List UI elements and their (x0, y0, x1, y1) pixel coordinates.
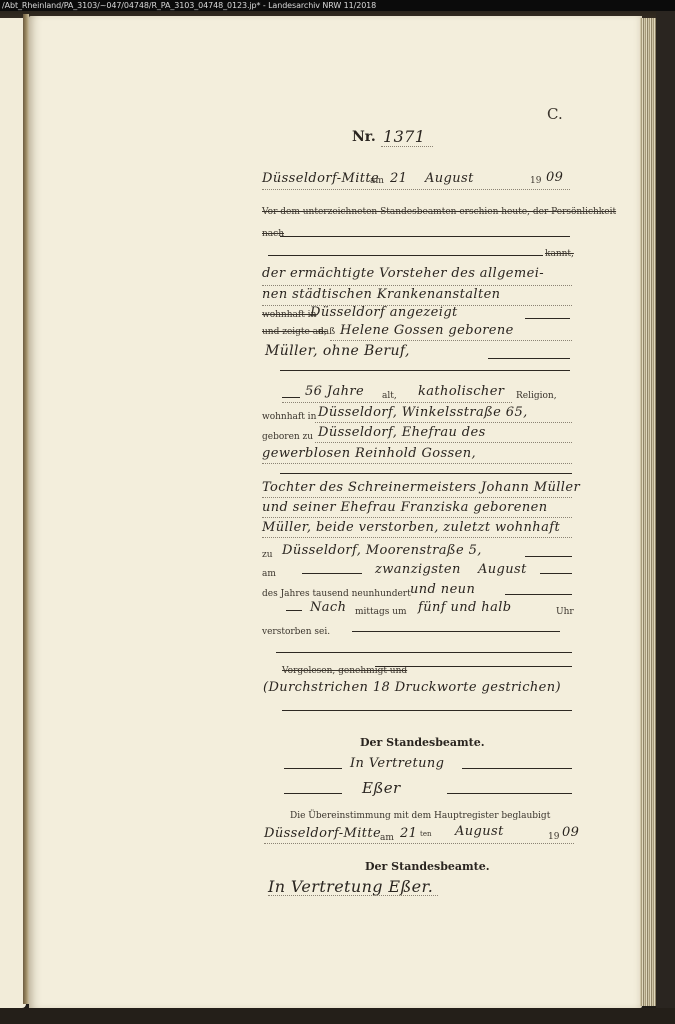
dotted-line (262, 189, 570, 190)
fill-rule (282, 397, 300, 398)
zu-label: zu (262, 550, 273, 560)
religion-label: Religion, (516, 391, 557, 401)
cert-am-label: am (380, 833, 394, 843)
fill-rule (280, 370, 570, 371)
fill-rule (276, 652, 572, 653)
official-sig-line1: In Vertretung (350, 756, 444, 771)
page-edges (640, 18, 656, 1006)
cert-month: August (455, 824, 504, 839)
informant-line1: der ermächtigte Vorsteher des allgemei- (262, 266, 544, 281)
fill-rule (540, 573, 572, 574)
wohnhaft-label-struck: wohnhaft in (262, 310, 316, 320)
signature-rule (284, 793, 342, 794)
dotted-line (381, 146, 433, 147)
dotted-line (262, 497, 572, 498)
time-prefix: Nach (310, 600, 346, 615)
official-heading: Der Standesbeamte. (360, 736, 485, 749)
certification-text: Die Übereinstimmung mit dem Hauptregiste… (290, 811, 550, 821)
mittags-label: mittags um (355, 607, 407, 617)
parents-line2: und seiner Ehefrau Franziska geborenen (262, 500, 547, 515)
am-label-2: am (262, 569, 276, 579)
dotted-line (330, 340, 572, 341)
dotted-line (268, 895, 438, 896)
parents-line1: Tochter des Schreinermeisters Johann Mül… (262, 480, 580, 495)
place-of-death: Düsseldorf, Moorenstraße 5, (282, 543, 482, 558)
deceased-name-cont: Müller, ohne Beruf, (265, 343, 410, 359)
section-letter: C. (547, 105, 563, 123)
fill-rule (352, 631, 560, 632)
record-number: 1371 (383, 127, 425, 146)
place: Düsseldorf-Mitte (262, 171, 379, 186)
nach-text: nach (262, 229, 284, 239)
verstorben-label: verstorben sei. (262, 627, 330, 637)
cert-day-suffix: ten (420, 830, 431, 838)
fill-rule (525, 318, 570, 319)
dotted-line (262, 537, 572, 538)
fill-rule (280, 473, 572, 474)
alt-label: alt, (382, 391, 397, 401)
time-value: fünf und halb (418, 600, 512, 615)
window-title: /Abt_Rheinland/PA_3103/~047/04748/R_PA_3… (2, 1, 376, 10)
year-prefix: 19 (530, 176, 541, 186)
signature-rule (462, 768, 572, 769)
residence: Düsseldorf, Winkelsstraße 65, (318, 405, 528, 420)
signature-rule (284, 768, 342, 769)
cert-day: 21 (400, 826, 417, 841)
cert-signature: In Vertretung Eßer. (268, 877, 433, 896)
parents-line3: Müller, beide verstorben, zuletzt wohnha… (262, 520, 560, 535)
year-suffix: 09 (546, 170, 563, 185)
dotted-line (315, 422, 572, 423)
religion: katholischer (418, 384, 504, 399)
official-sig-line2: Eßer (362, 779, 401, 797)
death-year: und neun (410, 582, 475, 597)
fill-rule (282, 710, 572, 711)
book-binding (656, 11, 675, 1024)
fill-rule (302, 573, 362, 574)
born-label: geboren zu (262, 432, 313, 442)
birthplace: Düsseldorf, Ehefrau des (318, 425, 486, 440)
spouse: gewerblosen Reinhold Gossen, (262, 446, 476, 461)
dotted-line (315, 442, 572, 443)
month: August (425, 171, 474, 186)
scan-background-bottom (0, 1008, 675, 1024)
fill-rule (286, 610, 302, 611)
day: 21 (390, 171, 407, 186)
death-day: zwanzigsten (375, 562, 461, 577)
closing-struck: Vorgelesen, genehmigt und (282, 666, 407, 676)
cert-year-prefix: 19 (548, 832, 559, 842)
year-label: des Jahres tausend neunhundert (262, 589, 411, 599)
fill-rule (525, 556, 572, 557)
signature-rule (447, 793, 572, 794)
number-label: Nr. (352, 129, 376, 145)
informant-line2: nen städtischen Krankenanstalten (262, 287, 500, 302)
dotted-line (262, 463, 572, 464)
fill-rule (375, 666, 572, 667)
dotted-line (264, 843, 574, 844)
dass-label: daß (318, 327, 335, 337)
strike-rule (268, 255, 543, 256)
cert-year-suffix: 09 (562, 825, 579, 840)
informant-residence: Düsseldorf angezeigt (310, 305, 458, 320)
dotted-line (262, 517, 572, 518)
closing-note: (Durchstrichen 18 Druckworte gestrichen) (263, 680, 561, 695)
kannt-text: kannt, (545, 249, 574, 259)
intro-text: Vor dem unterzeichneten Standesbeamten e… (262, 207, 616, 217)
age: 56 Jahre (305, 384, 364, 399)
fill-rule (488, 358, 570, 359)
cert-place: Düsseldorf-Mitte (264, 826, 381, 841)
dotted-line (262, 285, 572, 286)
window-title-bar: /Abt_Rheinland/PA_3103/~047/04748/R_PA_3… (0, 0, 675, 11)
deceased-name: Helene Gossen geborene (340, 323, 514, 338)
dotted-line (282, 402, 512, 403)
uhr-label: Uhr (556, 607, 574, 617)
residence-label: wohnhaft in (262, 412, 316, 422)
cert-heading: Der Standesbeamte. (365, 860, 490, 873)
strike-rule (280, 236, 570, 237)
death-month: August (478, 562, 527, 577)
fill-rule (505, 594, 572, 595)
am-label: am (370, 176, 384, 186)
